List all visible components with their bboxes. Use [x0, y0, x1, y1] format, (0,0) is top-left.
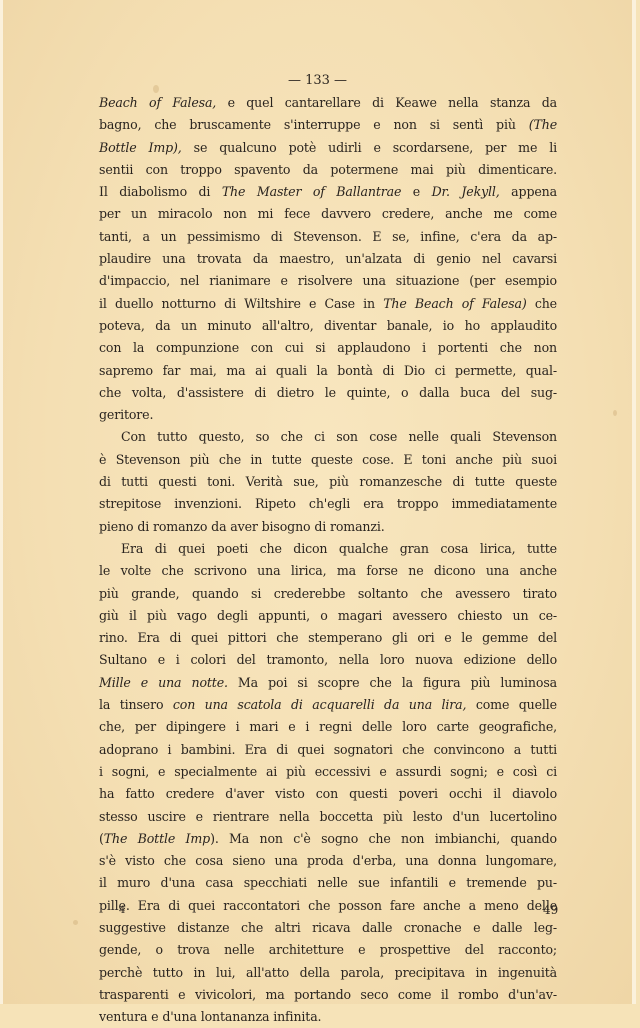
text-line: i sogni, e specialmente ai più eccessivi… — [99, 761, 557, 783]
paragraph: Beach of Falesa, e quel cantarellare di … — [99, 92, 557, 426]
text-line: adoprano i bambini. Era di quei sognator… — [99, 739, 557, 761]
text-line: tanti, a un pessimismo di Stevenson. E s… — [99, 226, 557, 248]
text-line: Con tutto questo, so che ci son cose nel… — [99, 426, 557, 448]
text-line: (The Bottle Imp). Ma non c'è sogno che n… — [99, 828, 557, 850]
book-page: — 133 — Beach of Falesa, e quel cantarel… — [0, 0, 636, 1004]
paper-stain — [73, 920, 78, 925]
text-line: perchè tutto in lui, all'atto della paro… — [99, 962, 557, 984]
text-line: il muro d'una casa specchiati nelle sue … — [99, 872, 557, 894]
text-line: che, per dipingere i mari e i regni dell… — [99, 716, 557, 738]
text-line: Il diabolismo di The Master of Ballantra… — [99, 181, 557, 203]
text-line: le volte che scrivono una lirica, ma for… — [99, 560, 557, 582]
text-line: rino. Era di quei pittori che stemperano… — [99, 627, 557, 649]
text-line: Era di quei poeti che dicon qualche gran… — [99, 538, 557, 560]
text-line: sentii con troppo spavento da potermene … — [99, 159, 557, 181]
text-line: poteva, da un minuto all'altro, diventar… — [99, 315, 557, 337]
text-line: che volta, d'assistere di dietro le quin… — [99, 382, 557, 404]
text-line: d'impaccio, nel rianimare e risolvere un… — [99, 270, 557, 292]
paragraph: Con tutto questo, so che ci son cose nel… — [99, 426, 557, 537]
paper-stain — [613, 410, 617, 416]
text-line: giù il più vago degli appunti, o magari … — [99, 605, 557, 627]
text-line: suggestive distanze che altri ricava dal… — [99, 917, 557, 939]
text-line: pieno di romanzo da aver bisogno di roma… — [99, 516, 557, 538]
text-line: più grande, quando si crederebbe soltant… — [99, 583, 557, 605]
text-line: con la compunzione con cui si applaudono… — [99, 337, 557, 359]
paragraph: Era di quei poeti che dicon qualche gran… — [99, 538, 557, 1004]
text-line: Beach of Falesa, e quel cantarellare di … — [99, 92, 557, 114]
running-header-page-number: — 133 — — [3, 73, 632, 88]
text-line: per un miracolo non mi fece davvero cred… — [99, 203, 557, 225]
text-line: pille. Era di quei raccontatori che poss… — [99, 895, 557, 917]
text-line: gende, o trova nelle architetture e pros… — [99, 939, 557, 961]
text-line: bagno, che bruscamente s'interruppe e no… — [99, 114, 557, 136]
footer-page-number: 49 — [543, 903, 558, 917]
text-line: trasparenti e vivicolori, ma portando se… — [99, 984, 557, 1004]
text-line: è Stevenson più che in tutte queste cose… — [99, 449, 557, 471]
text-line: geritore. — [99, 404, 557, 426]
text-line: s'è visto che cosa sieno una proda d'erb… — [99, 850, 557, 872]
text-line: Bottle Imp), se qualcuno potè udirli e s… — [99, 137, 557, 159]
text-line: strepitose invenzioni. Ripeto ch'egli er… — [99, 493, 557, 515]
body-text: Beach of Falesa, e quel cantarellare di … — [99, 92, 557, 1004]
text-line: stesso uscire e rientrare nella boccetta… — [99, 806, 557, 828]
text-line: la tinsero con una scatola di acquarelli… — [99, 694, 557, 716]
text-line: il duello notturno di Wiltshire e Case i… — [99, 293, 557, 315]
signature-mark: 4 — [119, 905, 125, 916]
text-line: plaudire una trovata da maestro, un'alza… — [99, 248, 557, 270]
text-line: Mille e una notte. Ma poi si scopre che … — [99, 672, 557, 694]
text-line: di tutti questi toni. Verità sue, più ro… — [99, 471, 557, 493]
text-line: ha fatto credere d'aver visto con questi… — [99, 783, 557, 805]
text-line: sapremo far mai, ma ai quali la bontà di… — [99, 360, 557, 382]
text-line: Sultano e i colori del tramonto, nella l… — [99, 649, 557, 671]
